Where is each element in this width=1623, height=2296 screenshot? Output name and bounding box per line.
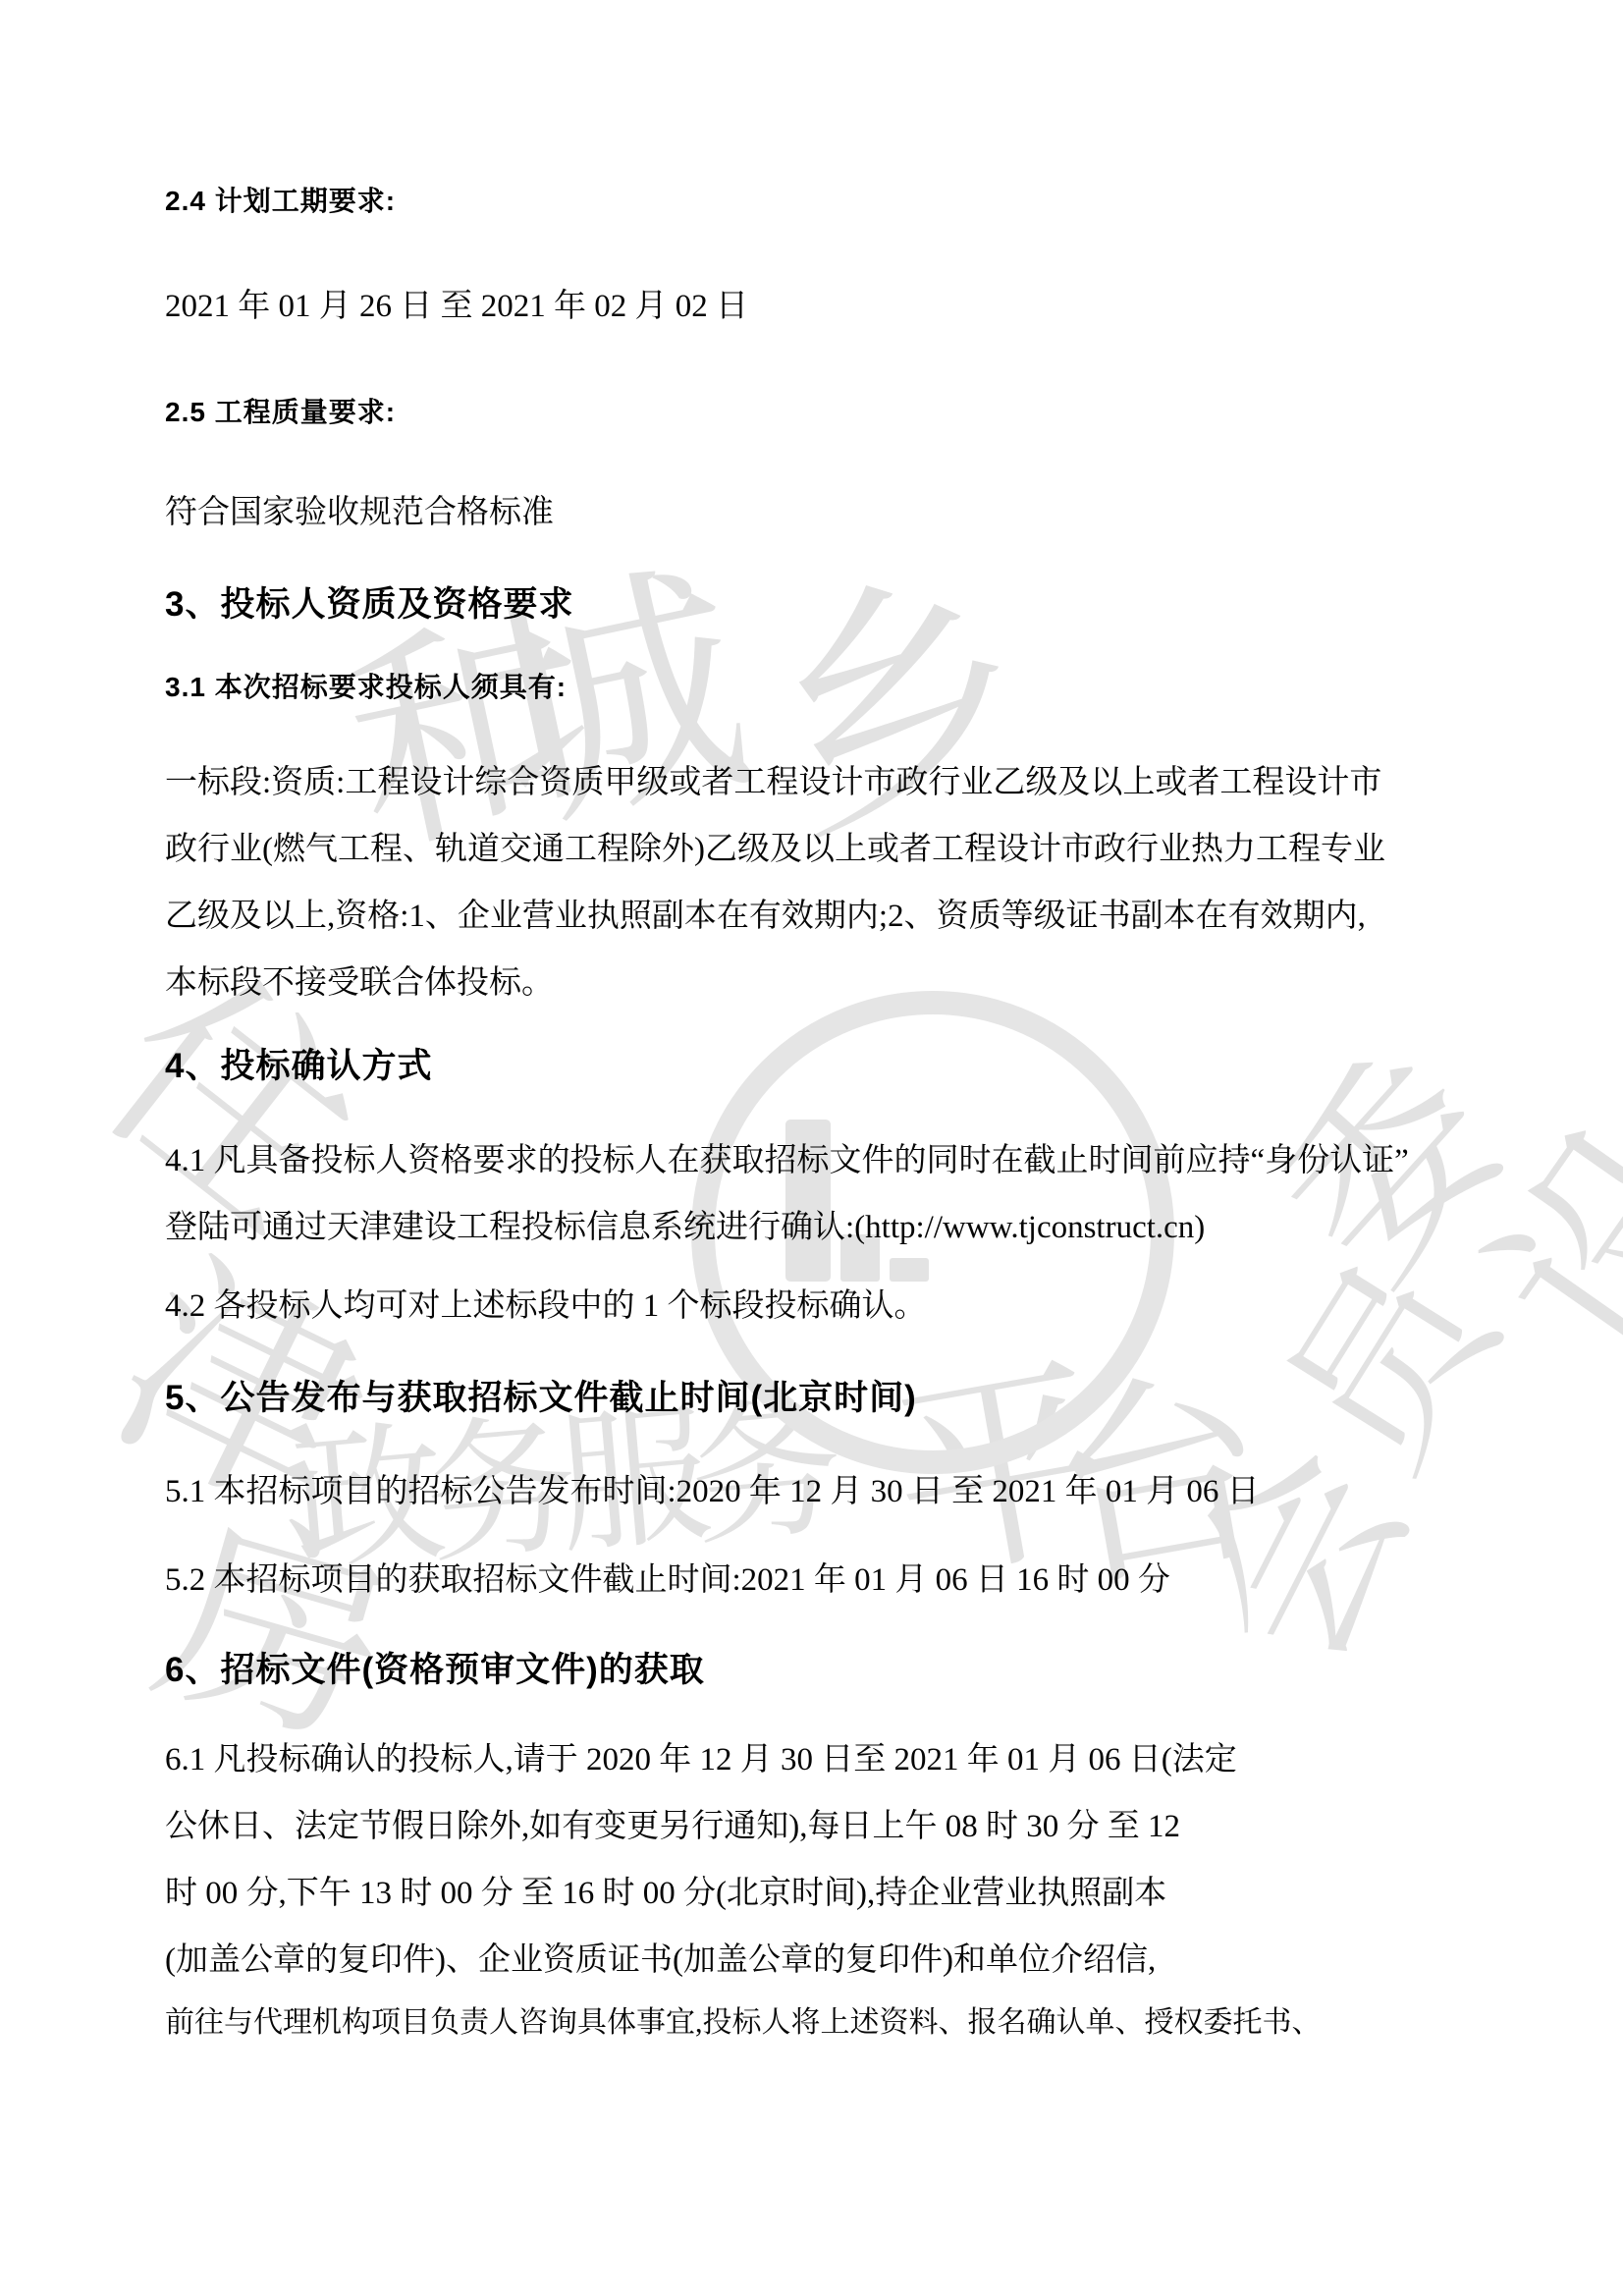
paragraph-5-1-publish-time: 5.1 本招标项目的招标公告发布时间:2020 年 12 月 30 日 至 20…	[165, 1458, 1476, 1525]
paragraph-4-2-one-section: 4.2 各投标人均可对上述标段中的 1 个标段投标确认。	[165, 1273, 1476, 1339]
document-page: 和城乡住津房政务服务平台委设员会 2.4 计划工期要求: 2021 年 01 月…	[0, 0, 1623, 2296]
paragraph-schedule-dates: 2021 年 01 月 26 日 至 2021 年 02 月 02 日	[165, 273, 1476, 340]
text-line: 本标段不接受联合体投标。	[165, 950, 1476, 1016]
text-line: 4.1 凡具备投标人资格要求的投标人在获取招标文件的同时在截止时间前应持“身份认…	[165, 1127, 1476, 1194]
text-line: 一标段:资质:工程设计综合资质甲级或者工程设计市政行业乙级及以上或者工程设计市	[165, 749, 1476, 816]
text-line: 5.1 本招标项目的招标公告发布时间:2020 年 12 月 30 日 至 20…	[165, 1458, 1476, 1525]
heading-3-1-requirements: 3.1 本次招标要求投标人须具有:	[165, 666, 1476, 709]
heading-6-document-obtain: 6、招标文件(资格预审文件)的获取	[165, 1648, 1476, 1693]
text-line: (加盖公章的复印件)、企业资质证书(加盖公章的复印件)和单位介绍信,	[165, 1927, 1476, 1994]
heading-5-announcement-deadline: 5、公告发布与获取招标文件截止时间(北京时间)	[165, 1376, 1476, 1421]
paragraph-6-1-continued: 前往与代理机构项目负责人咨询具体事宜,投标人将上述资料、报名确认单、授权委托书、	[165, 1992, 1476, 2054]
heading-2-5-quality: 2.5 工程质量要求:	[165, 391, 1476, 434]
text-line: 符合国家验收规范合格标准	[165, 479, 1476, 546]
text-line: 登陆可通过天津建设工程投标信息系统进行确认:(http://www.tjcons…	[165, 1194, 1476, 1261]
text-line: 前往与代理机构项目负责人咨询具体事宜,投标人将上述资料、报名确认单、授权委托书、	[165, 1992, 1476, 2054]
text-line: 时 00 分,下午 13 时 00 分 至 16 时 00 分(北京时间),持企…	[165, 1860, 1476, 1927]
paragraph-quality-standard: 符合国家验收规范合格标准	[165, 479, 1476, 546]
text-line: 5.2 本招标项目的获取招标文件截止时间:2021 年 01 月 06 日 16…	[165, 1547, 1476, 1613]
paragraph-4-1-confirmation: 4.1 凡具备投标人资格要求的投标人在获取招标文件的同时在截止时间前应持“身份认…	[165, 1127, 1476, 1261]
paragraph-6-1-obtain-details: 6.1 凡投标确认的投标人,请于 2020 年 12 月 30 日至 2021 …	[165, 1726, 1476, 1994]
heading-3-qualification: 3、投标人资质及资格要求	[165, 582, 1476, 628]
text-line: 乙级及以上,资格:1、企业营业执照副本在有效期内;2、资质等级证书副本在有效期内…	[165, 883, 1476, 950]
heading-4-confirmation: 4、投标确认方式	[165, 1044, 1476, 1089]
text-line: 政行业(燃气工程、轨道交通工程除外)乙级及以上或者工程设计市政行业热力工程专业	[165, 816, 1476, 883]
watermark-char: 设	[1463, 1085, 1623, 1399]
heading-2-4-schedule: 2.4 计划工期要求:	[165, 180, 1476, 223]
text-line: 2021 年 01 月 26 日 至 2021 年 02 月 02 日	[165, 273, 1476, 340]
text-line: 公休日、法定节假日除外,如有变更另行通知),每日上午 08 时 30 分 至 1…	[165, 1793, 1476, 1860]
text-line: 4.2 各投标人均可对上述标段中的 1 个标段投标确认。	[165, 1273, 1476, 1339]
paragraph-bidder-qualification: 一标段:资质:工程设计综合资质甲级或者工程设计市政行业乙级及以上或者工程设计市 …	[165, 749, 1476, 1016]
text-line: 6.1 凡投标确认的投标人,请于 2020 年 12 月 30 日至 2021 …	[165, 1726, 1476, 1793]
paragraph-5-2-deadline-time: 5.2 本招标项目的获取招标文件截止时间:2021 年 01 月 06 日 16…	[165, 1547, 1476, 1613]
